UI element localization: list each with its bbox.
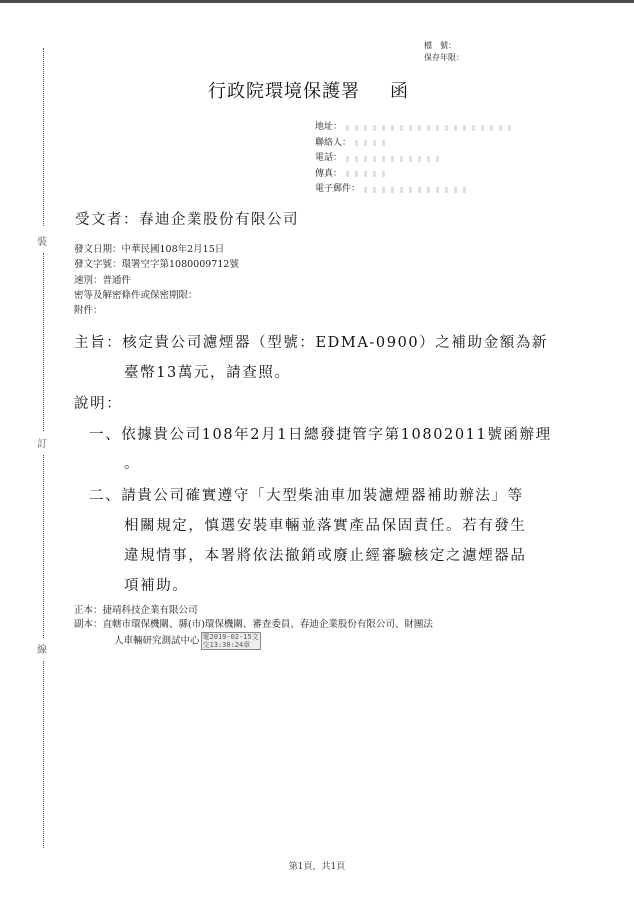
- document-type: 函: [390, 81, 409, 102]
- file-number-label: 檔 號：: [424, 40, 464, 52]
- binding-dotted-line: [43, 253, 44, 431]
- explanation-item-1-line-2: 。: [124, 452, 140, 473]
- confidentiality: 密等及解密條件或保密期限：: [74, 288, 239, 303]
- copy-recipients-line-1: 副本：直轄市環保機關、縣(市)環保機關、審查委員、春迪企業股份有限公司、財團法: [74, 618, 433, 632]
- document-page: 裝 訂 線 檔 號： 保存年限： 行政院環境保護署函 地址： 聯絡人： 電話： …: [0, 3, 634, 900]
- contact-person-label: 聯絡人：: [315, 136, 351, 152]
- address-label: 地址：: [315, 120, 342, 136]
- explanation-item-2-line-4: 項補助。: [124, 574, 188, 595]
- email-label: 電子郵件：: [315, 182, 360, 198]
- subject-line-2: 臺幣13萬元，請查照。: [124, 361, 291, 382]
- attachments: 附件：: [74, 303, 239, 318]
- phone-label: 電話：: [315, 151, 342, 167]
- retention-period-label: 保存年限：: [424, 52, 464, 64]
- redacted-value: [355, 140, 385, 146]
- document-number: 發文字號：環署空字第1080009712號: [74, 257, 239, 272]
- stamp-line-2: 交13:30:24章: [203, 641, 259, 649]
- contact-block: 地址： 聯絡人： 電話： 傳真： 電子郵件：: [315, 120, 516, 198]
- priority: 速別：普通件: [74, 273, 239, 288]
- document-title: 行政院環境保護署函: [208, 77, 409, 103]
- original-recipient: 正本：捷靖科技企業有限公司: [74, 604, 433, 618]
- recipient: 受文者：春迪企業股份有限公司: [75, 208, 299, 229]
- binding-mark-xian: 線: [37, 645, 47, 657]
- agency-name: 行政院環境保護署: [208, 81, 360, 102]
- distribution-list: 正本：捷靖科技企業有限公司 副本：直轄市環保機關、縣(市)環保機關、審查委員、春…: [74, 604, 433, 650]
- page-footer: 第1頁，共1頁: [0, 859, 634, 872]
- subject-line-1: 主旨：核定貴公司濾煙器（型號：EDMA-0900）之補助金額為新: [74, 331, 548, 352]
- explanation-item-2-line-2: 相關規定，慎選安裝車輛並落實產品保固責任。若有發生: [124, 514, 527, 535]
- binding-mark-ding: 訂: [37, 439, 47, 451]
- document-meta: 發文日期：中華民國108年2月15日 發文字號：環署空字第1080009712號…: [74, 242, 239, 318]
- redacted-value: [346, 156, 441, 162]
- binding-dotted-line: [43, 455, 44, 638]
- issue-date: 發文日期：中華民國108年2月15日: [74, 242, 239, 257]
- redacted-value: [346, 171, 391, 177]
- explanation-item-2-line-3: 違規情事，本署將依法撤銷或廢止經審驗核定之濾煙器品: [124, 544, 527, 565]
- explanation-item-1-line-1: 一、依據貴公司108年2月1日總發捷管字第10802011號函辦理: [89, 423, 552, 444]
- binding-dotted-line: [43, 661, 44, 848]
- stamp-line-1: 電2019-02-15文: [203, 633, 259, 641]
- archive-info: 檔 號： 保存年限：: [424, 40, 464, 64]
- binding-mark-zhuang: 裝: [37, 237, 47, 249]
- redacted-value: [346, 125, 516, 131]
- electronic-exchange-stamp: 電2019-02-15文交13:30:24章: [201, 632, 261, 650]
- explanation-item-2-line-1: 二、請貴公司確實遵守「大型柴油車加裝濾煙器補助辦法」等: [89, 484, 524, 505]
- redacted-value: [364, 187, 469, 193]
- fax-label: 傳真：: [315, 167, 342, 183]
- explanation-label: 說明：: [74, 392, 122, 413]
- binding-dotted-line: [43, 48, 44, 226]
- copy-recipients-line-2: 人車輛研究測試中心: [114, 636, 200, 647]
